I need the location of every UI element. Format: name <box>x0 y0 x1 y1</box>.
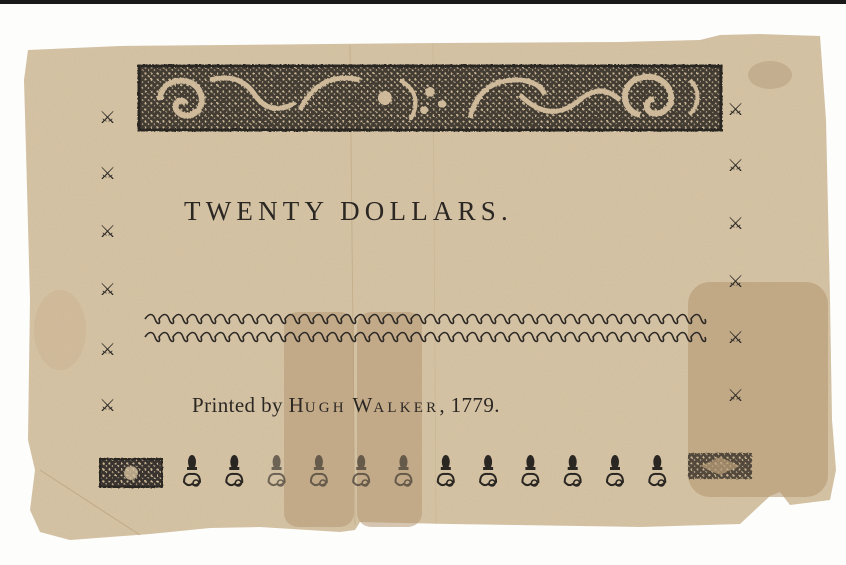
border-ornament-icon: ⚔ <box>727 386 744 406</box>
printer-first-rest: UGH <box>305 400 347 416</box>
paper-sheet <box>0 0 846 565</box>
border-ornament-icon: ⚔ <box>99 222 116 242</box>
banknote: TWENTY DOLLARS. Printed by HUGH WALKER, … <box>0 0 846 565</box>
border-ornament-icon: ⚔ <box>727 214 744 234</box>
printer-last-initial: W <box>353 393 374 417</box>
denomination-text: TWENTY DOLLARS. <box>184 196 664 227</box>
border-ornament-icon: ⚔ <box>727 272 744 292</box>
printer-last-rest: ALKER <box>373 400 439 416</box>
printer-prefix: Printed by <box>192 393 289 417</box>
border-ornament-icon: ⚔ <box>727 156 744 176</box>
tape-strip <box>284 312 354 527</box>
tape-strip <box>357 312 422 527</box>
border-ornament-icon: ⚔ <box>99 108 116 128</box>
top-ornament-band <box>139 66 721 130</box>
border-ornament-icon: ⚔ <box>99 164 116 184</box>
bottom-left-corner-block <box>100 459 162 487</box>
printer-line: Printed by HUGH WALKER, 1779. <box>192 393 672 418</box>
printer-suffix: , 1779. <box>439 393 500 417</box>
border-ornament-icon: ⚔ <box>727 100 744 120</box>
border-ornament-icon: ⚔ <box>99 340 116 360</box>
printer-first-initial: H <box>289 393 305 417</box>
border-ornament-icon: ⚔ <box>727 328 744 348</box>
border-ornament-icon: ⚔ <box>99 396 116 416</box>
bottom-right-corner-block <box>688 453 752 479</box>
border-ornament-icon: ⚔ <box>99 280 116 300</box>
